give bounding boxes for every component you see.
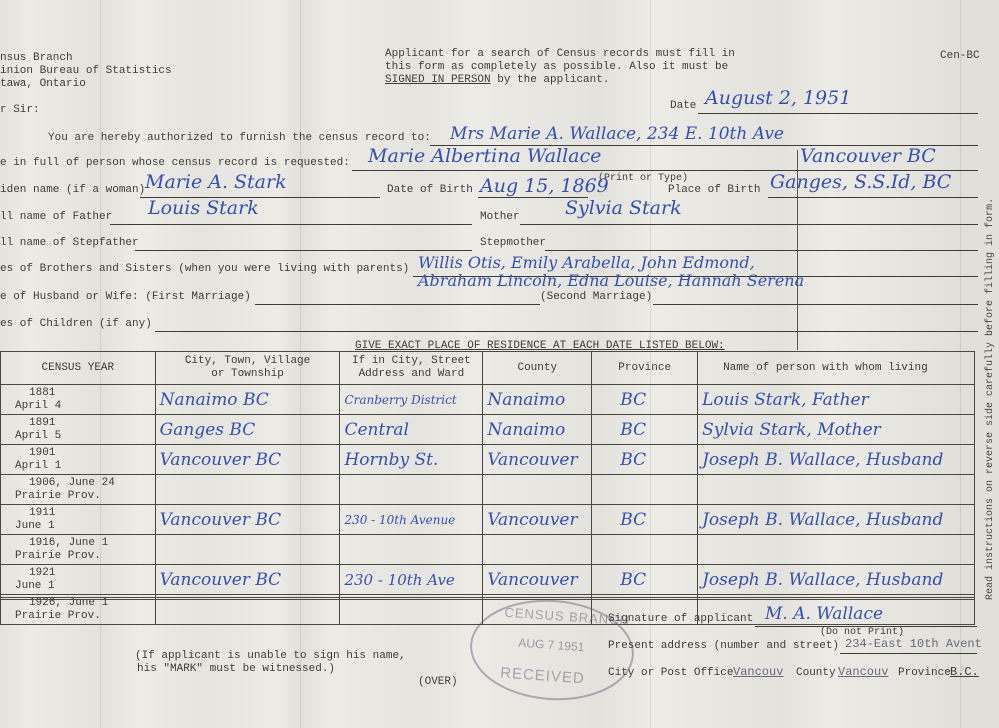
table-row: 1891April 5 Ganges BC Central Nanaimo BC…: [1, 415, 975, 445]
header-county: County: [483, 352, 592, 385]
table-bottom-rule: [0, 597, 975, 600]
address-line: [840, 653, 977, 654]
table-row: 1906, June 24Prairie Prov.: [1, 475, 975, 505]
province-cell[interactable]: BC: [592, 565, 698, 595]
person-cell[interactable]: Joseph B. Wallace, Husband: [698, 565, 975, 595]
date-label: Date: [670, 100, 696, 113]
second-marriage-label: (Second Marriage): [540, 291, 652, 304]
province-label: Province: [898, 667, 951, 680]
census-date: April 4: [15, 400, 155, 413]
city-label: City or Post Office: [608, 667, 733, 680]
census-residence-table: CENSUS YEAR City, Town, Village or Towns…: [0, 351, 975, 625]
header-street: If in City, Street Address and Ward: [340, 352, 483, 385]
street-cell[interactable]: [340, 535, 483, 565]
census-date: Prairie Prov.: [15, 550, 155, 563]
husband-line: [255, 304, 540, 305]
person-cell[interactable]: Sylvia Stark, Mother: [698, 415, 975, 445]
date-line: [698, 113, 978, 114]
authorize-label: You are hereby authorized to furnish the…: [48, 132, 431, 145]
org-line-3: tawa, Ontario: [0, 78, 86, 91]
province-cell[interactable]: [592, 475, 698, 505]
header-province: Province: [592, 352, 698, 385]
dob-value[interactable]: Aug 15, 1869: [480, 176, 609, 196]
pob-line: [768, 197, 978, 198]
org-line-2: inion Bureau of Statistics: [0, 65, 172, 78]
census-year: 1891: [15, 417, 55, 429]
census-date: April 1: [15, 460, 155, 473]
stepmother-line: [545, 250, 978, 251]
street-cell[interactable]: Central: [340, 415, 483, 445]
mark-note-2: his "MARK" must be witnessed.): [137, 663, 335, 676]
county-cell[interactable]: Vancouver: [483, 565, 592, 595]
stamp-bottom: RECEIVED: [500, 664, 586, 687]
salutation: r Sir:: [0, 104, 40, 117]
county-cell[interactable]: Vancouver: [483, 505, 592, 535]
siblings-label: es of Brothers and Sisters (when you wer…: [0, 263, 409, 276]
census-application-form: nsus Branch inion Bureau of Statistics t…: [0, 0, 999, 728]
fold-line: [797, 150, 798, 350]
city-value[interactable]: Vancouv: [733, 666, 783, 679]
address-value[interactable]: 234-East 10th Avent: [845, 638, 982, 651]
table-row: 1881April 4 Nanaimo BC Cranberry Distric…: [1, 385, 975, 415]
siblings-value-1[interactable]: Willis Otis, Emily Arabella, John Edmond…: [418, 255, 755, 271]
mother-value[interactable]: Sylvia Stark: [565, 198, 682, 218]
province-cell[interactable]: BC: [592, 385, 698, 415]
date-value[interactable]: August 2, 1951: [705, 88, 851, 108]
signed-in-person: SIGNED IN PERSON: [385, 74, 491, 86]
address-label: Present address (number and street): [608, 640, 839, 653]
stepfather-line: [135, 250, 472, 251]
person-cell[interactable]: [698, 475, 975, 505]
fullname-city[interactable]: Vancouver BC: [800, 146, 936, 166]
husband-label: e of Husband or Wife: (First Marriage): [0, 291, 251, 304]
census-year-cell: 1881April 4: [1, 385, 156, 415]
instructions-tail: by the applicant.: [491, 74, 610, 86]
census-date: Prairie Prov.: [15, 490, 155, 503]
census-year: 1916, June 1: [15, 537, 108, 549]
signature-value[interactable]: M. A. Wallace: [765, 604, 883, 624]
census-year-cell: 1891April 5: [1, 415, 156, 445]
province-cell[interactable]: BC: [592, 445, 698, 475]
header-city: City, Town, Village or Township: [155, 352, 340, 385]
census-year: 1881: [15, 387, 55, 399]
census-year-cell: 1906, June 24Prairie Prov.: [1, 475, 156, 505]
mark-note-1: (If applicant is unable to sign his name…: [135, 650, 406, 663]
street-cell[interactable]: Hornby St.: [340, 445, 483, 475]
province-cell[interactable]: [592, 535, 698, 565]
person-cell[interactable]: Joseph B. Wallace, Husband: [698, 445, 975, 475]
county-label: County: [796, 667, 836, 680]
pob-label: Place of Birth: [668, 184, 760, 197]
county-cell[interactable]: Nanaimo: [483, 385, 592, 415]
authorize-value[interactable]: Mrs Marie A. Wallace, 234 E. 10th Ave: [450, 124, 784, 144]
city-cell[interactable]: Vancouver BC: [155, 505, 340, 535]
census-date: June 1: [15, 580, 155, 593]
father-label: ll name of Father: [0, 211, 112, 224]
city-cell[interactable]: [155, 475, 340, 505]
census-year: 1906, June 24: [15, 477, 115, 489]
census-year: 1901: [15, 447, 55, 459]
header-person: Name of person with whom living: [698, 352, 975, 385]
street-cell[interactable]: [340, 475, 483, 505]
county-cell[interactable]: [483, 475, 592, 505]
instructions-line-3: SIGNED IN PERSON by the applicant.: [385, 74, 609, 87]
signature-label: Signature of applicant: [608, 613, 753, 626]
side-note: Read instructions on reverse side carefu…: [985, 198, 996, 600]
province-value[interactable]: B.C.: [950, 666, 979, 679]
maiden-value[interactable]: Marie A. Stark: [145, 172, 287, 192]
instructions-line-1: Applicant for a search of Census records…: [385, 48, 735, 61]
stepmother-label: Stepmother: [480, 237, 546, 250]
mother-line: [520, 224, 978, 225]
census-year-cell: 1916, June 1Prairie Prov.: [1, 535, 156, 565]
table-row: 1911June 1 Vancouver BC 230 - 10th Avenu…: [1, 505, 975, 535]
county-cell[interactable]: Vancouver: [483, 445, 592, 475]
city-cell[interactable]: [155, 535, 340, 565]
city-cell[interactable]: Ganges BC: [155, 415, 340, 445]
over-note: (OVER): [418, 676, 458, 689]
org-line-1: nsus Branch: [0, 52, 73, 65]
dob-label: Date of Birth: [387, 184, 473, 197]
instructions-line-2: this form as completely as possible. Als…: [385, 61, 728, 74]
province-cell[interactable]: BC: [592, 415, 698, 445]
province-cell[interactable]: BC: [592, 505, 698, 535]
census-year-cell: 1901April 1: [1, 445, 156, 475]
street-cell[interactable]: 230 - 10th Avenue: [340, 505, 483, 535]
table-row: 1921June 1 Vancouver BC 230 - 10th Ave V…: [1, 565, 975, 595]
mother-label: Mother: [480, 211, 520, 224]
county-cell[interactable]: Nanaimo: [483, 415, 592, 445]
census-year-cell: 1911June 1: [1, 505, 156, 535]
father-value[interactable]: Louis Stark: [148, 198, 259, 218]
second-marriage-line: [653, 304, 978, 305]
table-row: 1916, June 1Prairie Prov.: [1, 535, 975, 565]
census-year: 1921: [15, 567, 55, 579]
county-value[interactable]: Vancouv: [838, 666, 888, 679]
city-cell[interactable]: Nanaimo BC: [155, 385, 340, 415]
form-code: Cen-BC: [940, 50, 980, 63]
father-line: [110, 224, 472, 225]
children-line: [155, 331, 978, 332]
stamp-date: AUG 7 1951: [518, 636, 585, 655]
city-cell[interactable]: Vancouver BC: [155, 565, 340, 595]
person-cell[interactable]: Joseph B. Wallace, Husband: [698, 505, 975, 535]
census-year-cell: 1921June 1: [1, 565, 156, 595]
fullname-value[interactable]: Marie Albertina Wallace: [368, 146, 601, 166]
fullname-label: e in full of person whose census record …: [0, 157, 350, 170]
children-label: es of Children (if any): [0, 318, 152, 331]
street-cell[interactable]: 230 - 10th Ave: [340, 565, 483, 595]
stepfather-label: ll name of Stepfather: [0, 237, 139, 250]
siblings-value-2[interactable]: Abraham Lincoln, Edna Louise, Hannah Ser…: [418, 273, 804, 289]
table-row: 1901April 1 Vancouver BC Hornby St. Vanc…: [1, 445, 975, 475]
person-cell[interactable]: [698, 535, 975, 565]
street-cell[interactable]: Cranberry District: [340, 385, 483, 415]
census-date: Prairie Prov.: [15, 610, 155, 623]
maiden-label: iden name (if a woman): [0, 184, 145, 197]
city-cell[interactable]: Vancouver BC: [155, 445, 340, 475]
table-header-row: CENSUS YEAR City, Town, Village or Towns…: [1, 352, 975, 385]
header-census-year: CENSUS YEAR: [1, 352, 156, 385]
census-date: April 5: [15, 430, 155, 443]
census-year: 1911: [15, 507, 55, 519]
census-date: June 1: [15, 520, 155, 533]
county-cell[interactable]: [483, 535, 592, 565]
person-cell[interactable]: Louis Stark, Father: [698, 385, 975, 415]
